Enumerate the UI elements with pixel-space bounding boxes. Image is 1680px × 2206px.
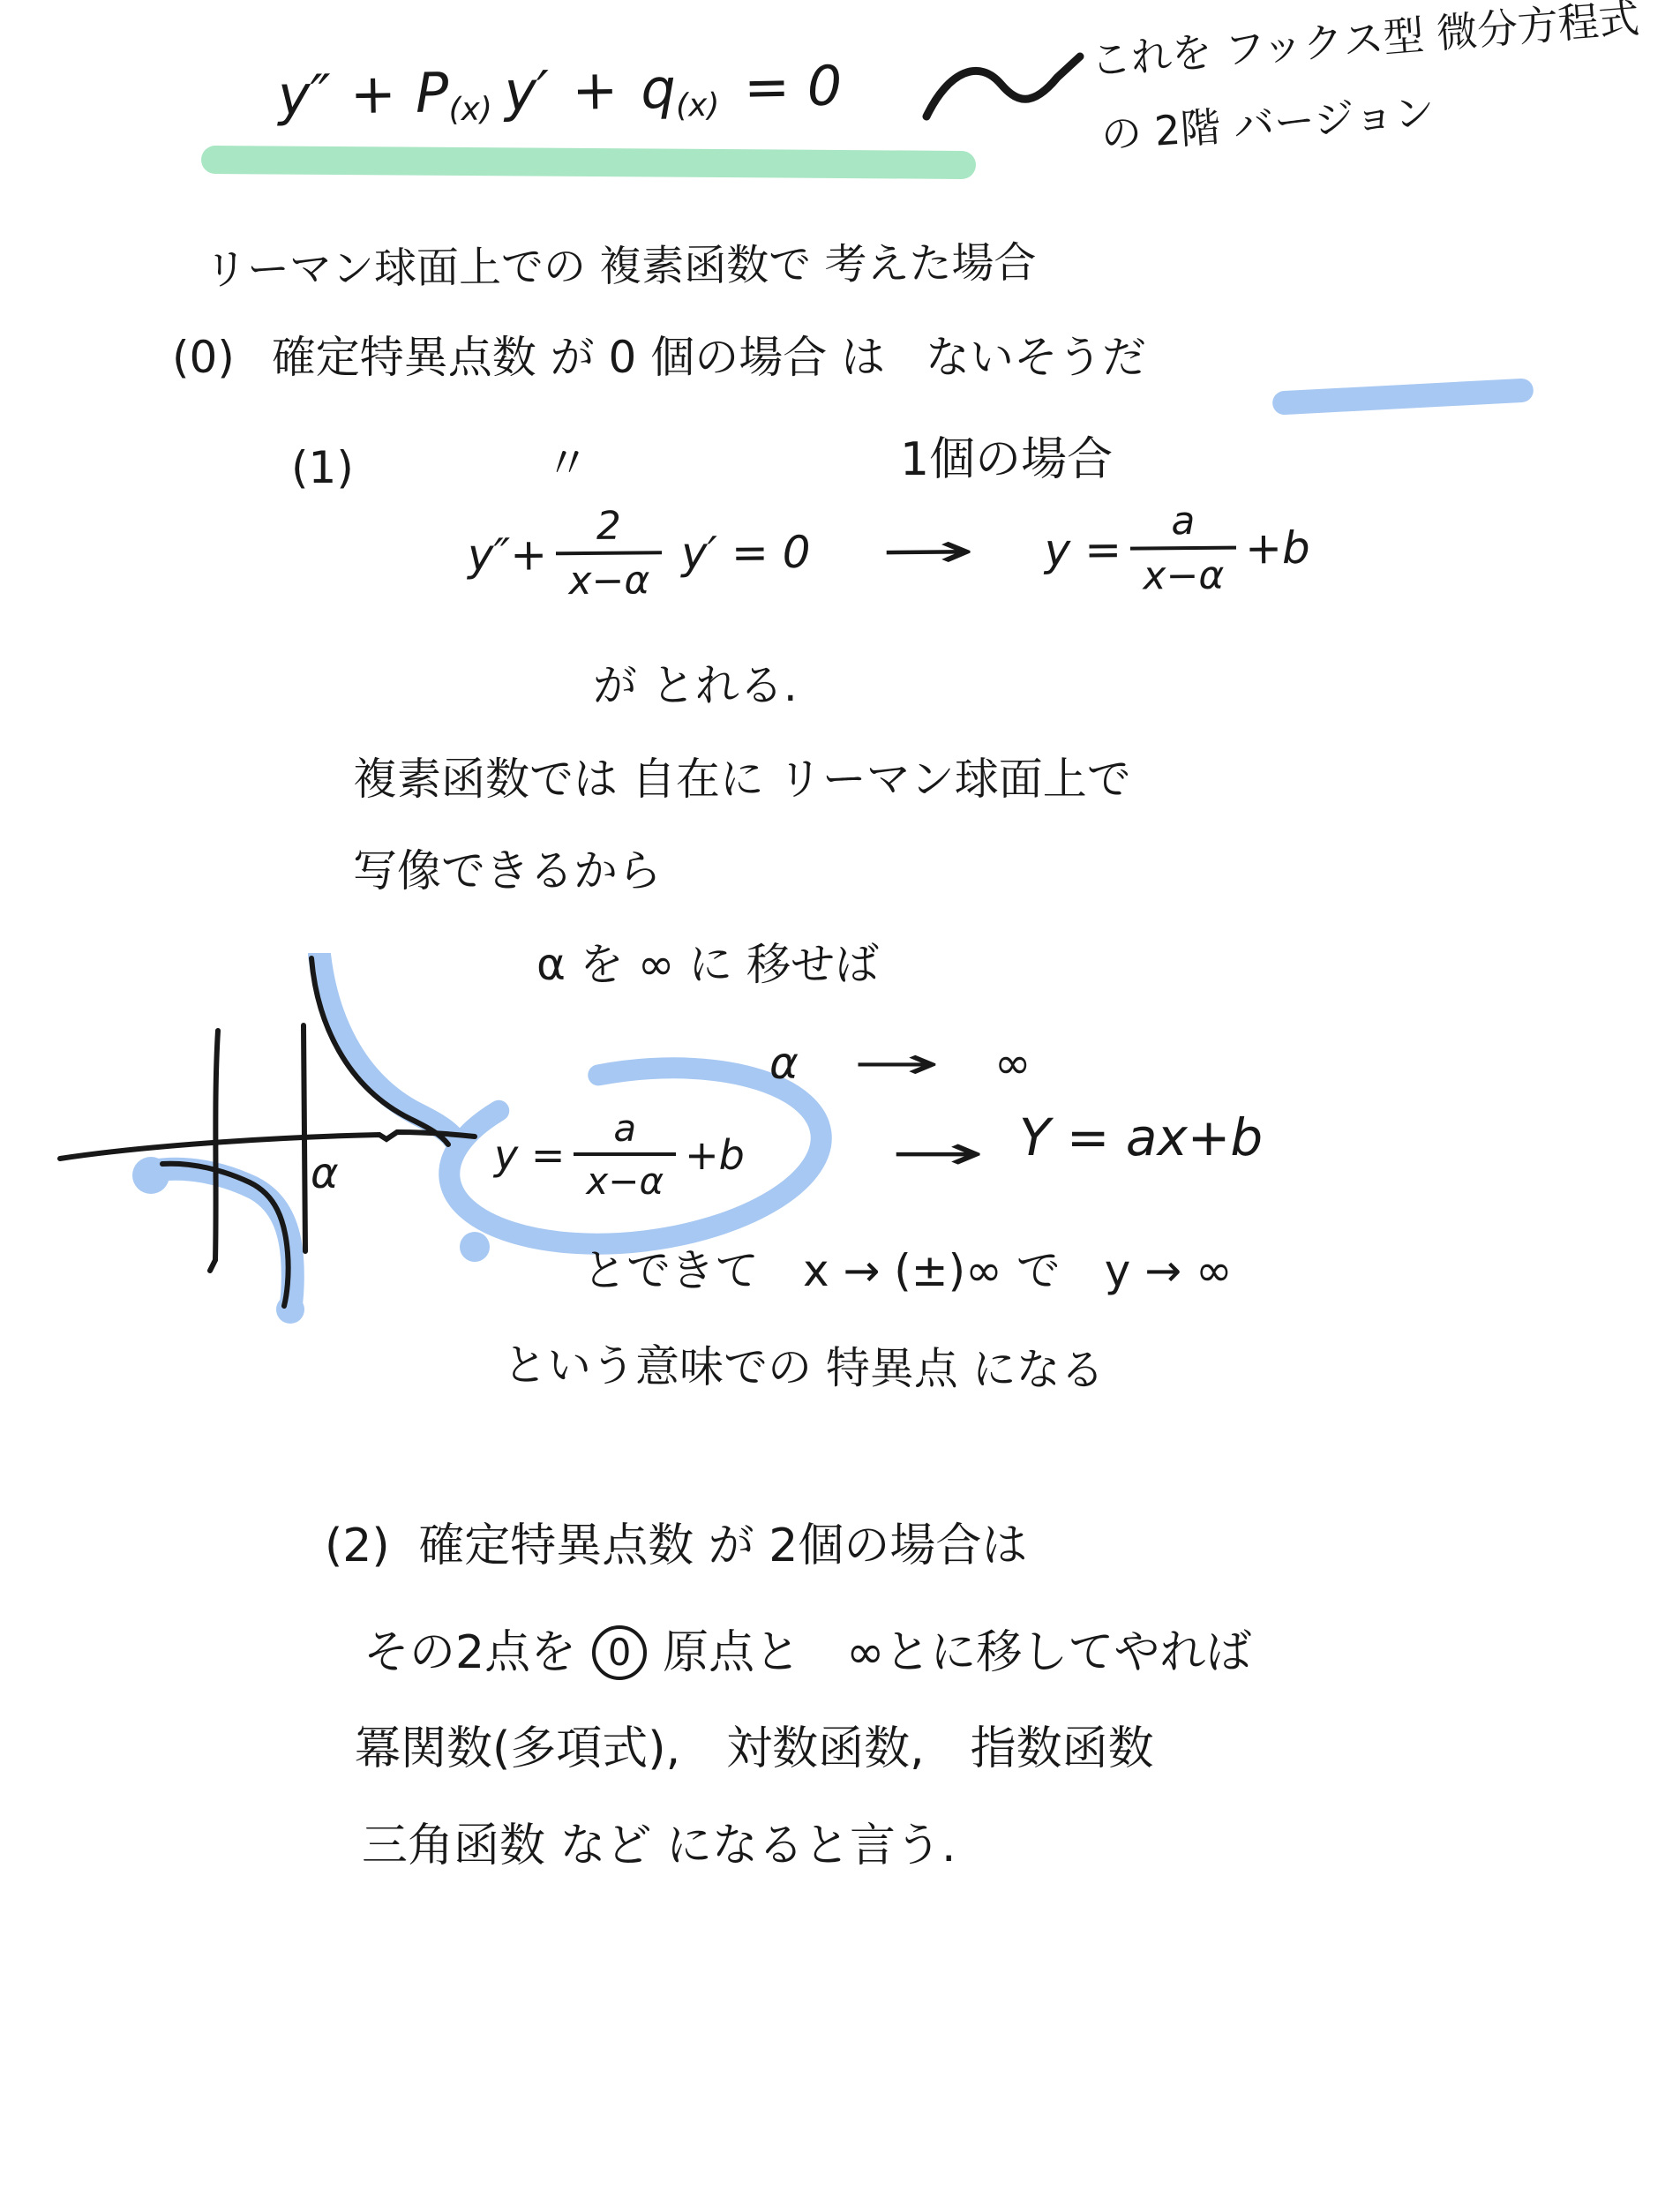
alpha-limit-line: α → ∞ [769, 1041, 1031, 1085]
fraction-denominator: x−α [556, 551, 662, 601]
equation-term-q: q [641, 62, 676, 117]
case2-line-4: 三角函数 など になると言う. [362, 1823, 956, 1869]
oval-eq-head: y = [494, 1135, 565, 1175]
oval-eq-fraction: a x−α [574, 1110, 676, 1200]
right-arrow-icon: → [852, 1041, 941, 1085]
case1-expl-line-2: 写像できるから [353, 849, 662, 893]
fraction-numerator: a [1159, 502, 1207, 546]
fraction-denominator: x−α [574, 1152, 676, 1200]
figure-note-line-1: とできて x → (±)∞ で y → ∞ [582, 1249, 1233, 1293]
fraction-numerator: a [601, 1110, 649, 1152]
equation-term-y1: y′ [504, 64, 550, 119]
figure-map-arrow: → [882, 1129, 993, 1177]
asymptote-line [304, 1025, 305, 1251]
fraction-denominator: x−α [1130, 546, 1236, 597]
blue-marker-blob-end [276, 1295, 304, 1324]
annotation-line-2: の 2階 バージョン [1099, 92, 1436, 155]
case1-expl-line-3: α を ∞ に 移せば [536, 942, 879, 987]
case1-eq-right-head: y = [1045, 528, 1122, 573]
case2-line-3: 冪関数(多項式), 対数函数, 指数函数 [355, 1726, 1154, 1772]
case0-text: 確定特異点数 が 0 個の場合 は [272, 332, 885, 383]
limit-to: ∞ [994, 1041, 1031, 1085]
right-arrow-icon: → [880, 527, 976, 575]
right-arrow-icon: → [889, 1129, 986, 1177]
case1-ditto-mark: 〃 [545, 441, 589, 485]
case1-expl-line-1: 複素函数では 自在に リーマン球面上で [353, 757, 1131, 801]
blue-oval-blob [460, 1232, 490, 1262]
case1-result-line: が とれる. [593, 664, 798, 708]
case1-eq-right-fraction: a x−α [1130, 502, 1237, 597]
green-highlight-stroke [201, 146, 976, 179]
intro-line: リーマン球面上での 複素函数で 考えた場合 [205, 242, 1037, 291]
figure-note-line-2: という意味での 特異点 になる [503, 1343, 1105, 1392]
case0-line: (0) 確定特異点数 が 0 個の場合 は ないそうだ [172, 335, 1146, 379]
case1-count-text: 1個の場合 [900, 437, 1113, 483]
case2-line2-post: 原点と ∞とに移してやれば [663, 1630, 1251, 1676]
fraction-numerator: 2 [584, 507, 634, 551]
y-axis-line [210, 1031, 218, 1271]
equation-sub-x: (x) [448, 94, 492, 126]
case0-emphasized-text: ないそうだ [926, 332, 1146, 383]
case1-eq-left-head: y″+ [468, 532, 548, 577]
squiggle-connector-stroke [918, 46, 1094, 143]
blue-marker-lower-branch [153, 1169, 293, 1311]
main-equation: y″ + P (x) y′ + q (x) = 0 [278, 58, 843, 123]
equation-sub-x2: (x) [676, 90, 720, 123]
case1-eq-right-tail: +b [1245, 526, 1310, 571]
case1-equation: y″+ 2 x−α y′ = 0 → y = a x−α +b [468, 501, 1311, 602]
equation-equals-zero: = 0 [744, 58, 843, 115]
equation-term-P: P [415, 65, 448, 121]
limit-from: α [769, 1041, 799, 1085]
equation-plus: + [349, 66, 396, 122]
case1-label: (1) [291, 446, 354, 490]
x-axis-line [60, 1132, 475, 1159]
annotation-line-1: これを フックス型 微分方程式 [1089, 0, 1640, 81]
case2-line2-pre: その2点を [364, 1630, 576, 1676]
asymptote-alpha-label: α [311, 1152, 339, 1195]
equation-plus2: + [572, 63, 619, 118]
handwritten-note-page: y″ + P (x) y′ + q (x) = 0 これを フックス型 微分方程… [0, 0, 1680, 2206]
case2-line1-text: 確定特異点数 が 2個の場合は [418, 1519, 1027, 1572]
case1-eq-left-fraction: 2 x−α [556, 506, 663, 601]
equation-term-y2: y″ [278, 68, 332, 124]
circled-equation: y = a x−α +b [494, 1110, 745, 1200]
mapped-equation: Y = ax+b [1019, 1112, 1263, 1163]
case2-line-2: その2点を 0 原点と ∞とに移してやれば [364, 1625, 1251, 1680]
blue-underline-stroke [1271, 378, 1534, 415]
case0-label: (0) [172, 332, 235, 383]
squiggle-path [926, 56, 1080, 116]
case2-label: (2) [325, 1519, 390, 1572]
oval-eq-tail: +b [685, 1135, 745, 1175]
case1-eq-left-tail: y′ = 0 [681, 530, 811, 575]
case2-line-1: (2) 確定特異点数 が 2個の場合は [325, 1523, 1027, 1569]
circled-zero-origin: 0 [592, 1625, 647, 1680]
